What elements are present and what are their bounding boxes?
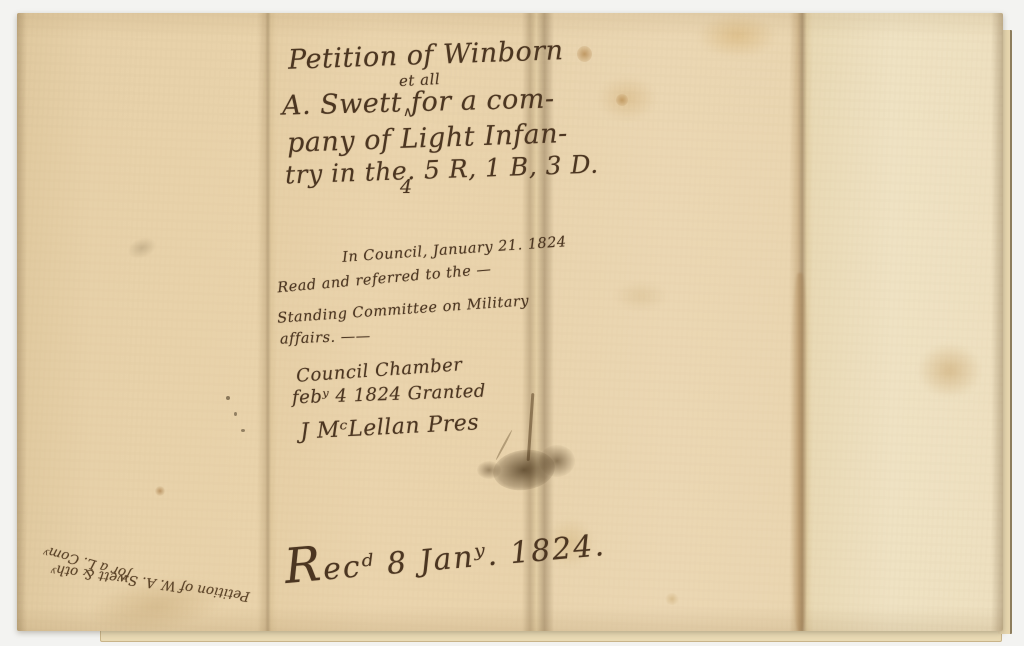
docket-correction-numeral: 4 bbox=[400, 176, 413, 198]
scanned-document-scene: Petition of Winborn et all ∧ A. Swett fo… bbox=[0, 0, 1024, 646]
council-referral-line-3: affairs. —— bbox=[280, 328, 371, 347]
folded-petition-paper: Petition of Winborn et all ∧ A. Swett fo… bbox=[17, 13, 1003, 631]
paper-panel-left bbox=[17, 13, 266, 631]
paper-panel-right bbox=[800, 13, 1003, 631]
